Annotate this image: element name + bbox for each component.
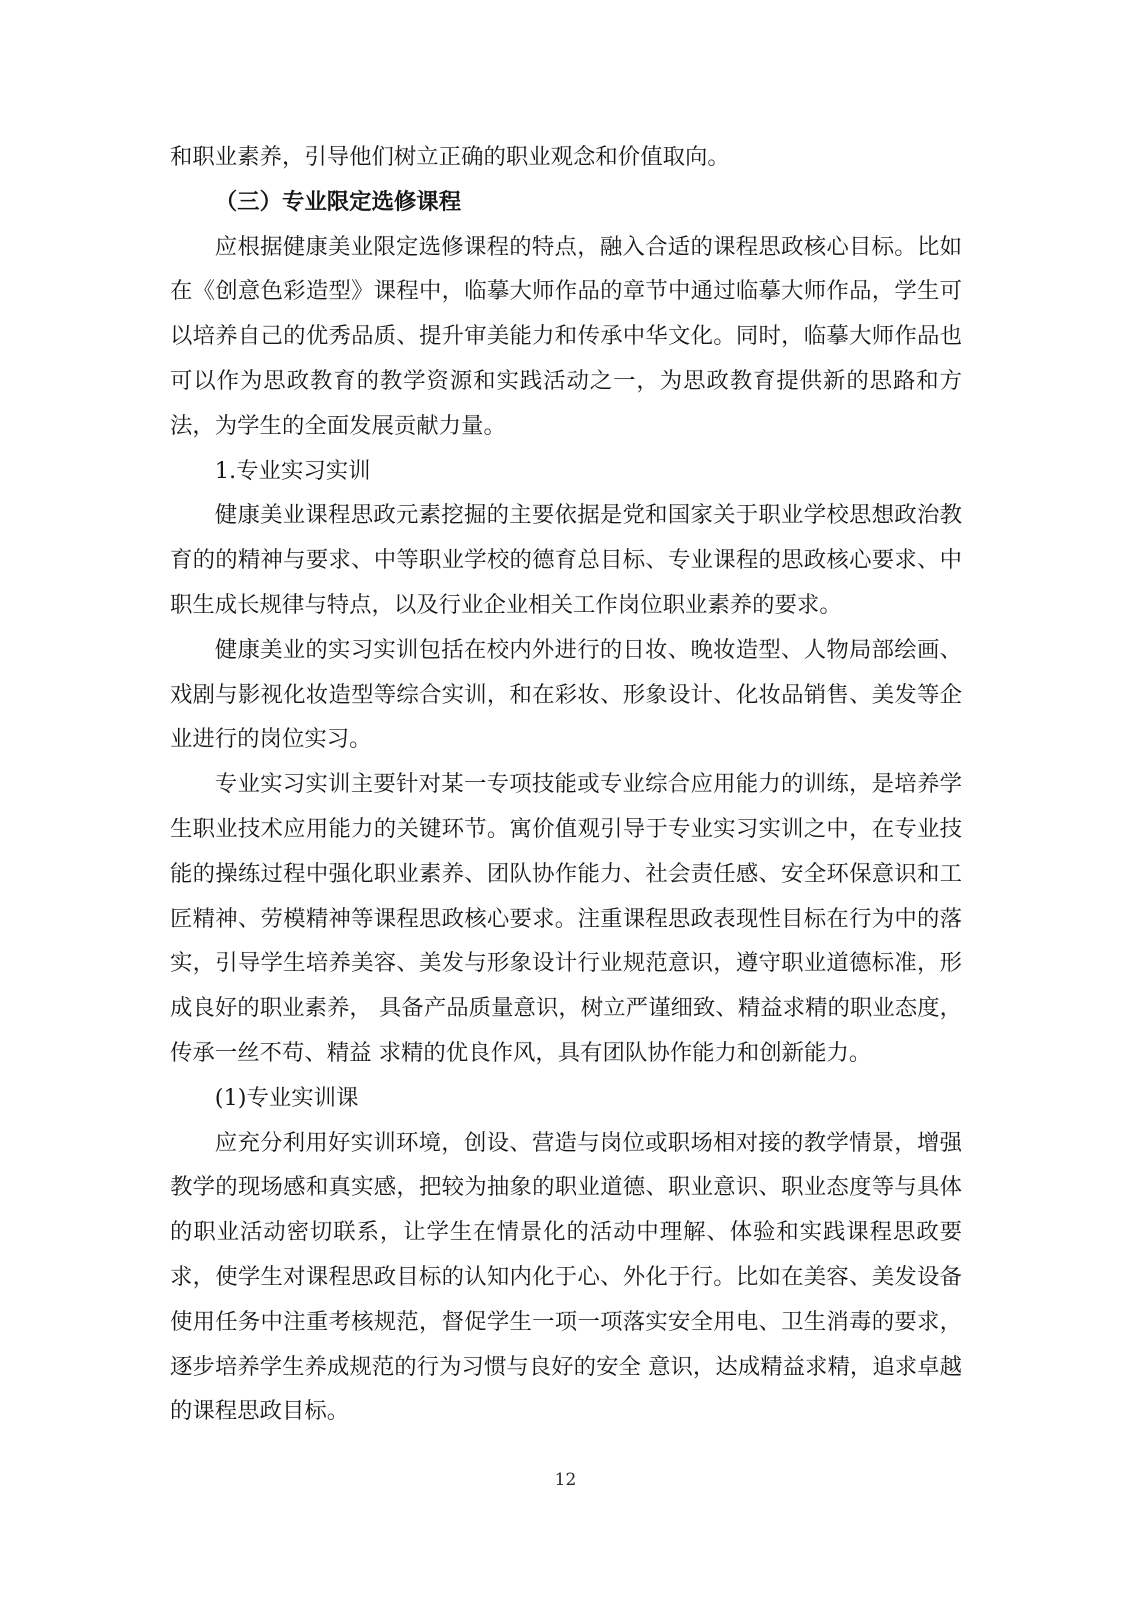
subheading-practical-training: 1.专业实习实训 bbox=[170, 449, 962, 494]
page-text-block: 和职业素养，引导他们树立正确的职业观念和价值取向。 （三）专业限定选修课程 应根… bbox=[170, 135, 962, 1434]
subheading-training-course: (1)专业实训课 bbox=[170, 1076, 962, 1121]
paragraph-training-goals: 专业实习实训主要针对某一专项技能或专业综合应用能力的训练，是培养学生职业技术应用… bbox=[170, 762, 962, 1076]
section-heading: （三）专业限定选修课程 bbox=[170, 180, 962, 225]
paragraph-elective-courses: 应根据健康美业限定选修课程的特点，融入合适的课程思政核心目标。比如在《创意色彩造… bbox=[170, 225, 962, 449]
paragraph-training-environment: 应充分利用好实训环境，创设、营造与岗位或职场相对接的教学情景，增强教学的现场感和… bbox=[170, 1121, 962, 1435]
paragraph-training-scope: 健康美业的实习实训包括在校内外进行的日妆、晚妆造型、人物局部绘画、戏剧与影视化妆… bbox=[170, 628, 962, 762]
paragraph-ideological-basis: 健康美业课程思政元素挖掘的主要依据是党和国家关于职业学校思想政治教育的的精神与要… bbox=[170, 493, 962, 627]
page-number: 12 bbox=[0, 1468, 1131, 1492]
document-page: 和职业素养，引导他们树立正确的职业观念和价值取向。 （三）专业限定选修课程 应根… bbox=[0, 0, 1131, 1600]
paragraph-continuation: 和职业素养，引导他们树立正确的职业观念和价值取向。 bbox=[170, 135, 962, 180]
